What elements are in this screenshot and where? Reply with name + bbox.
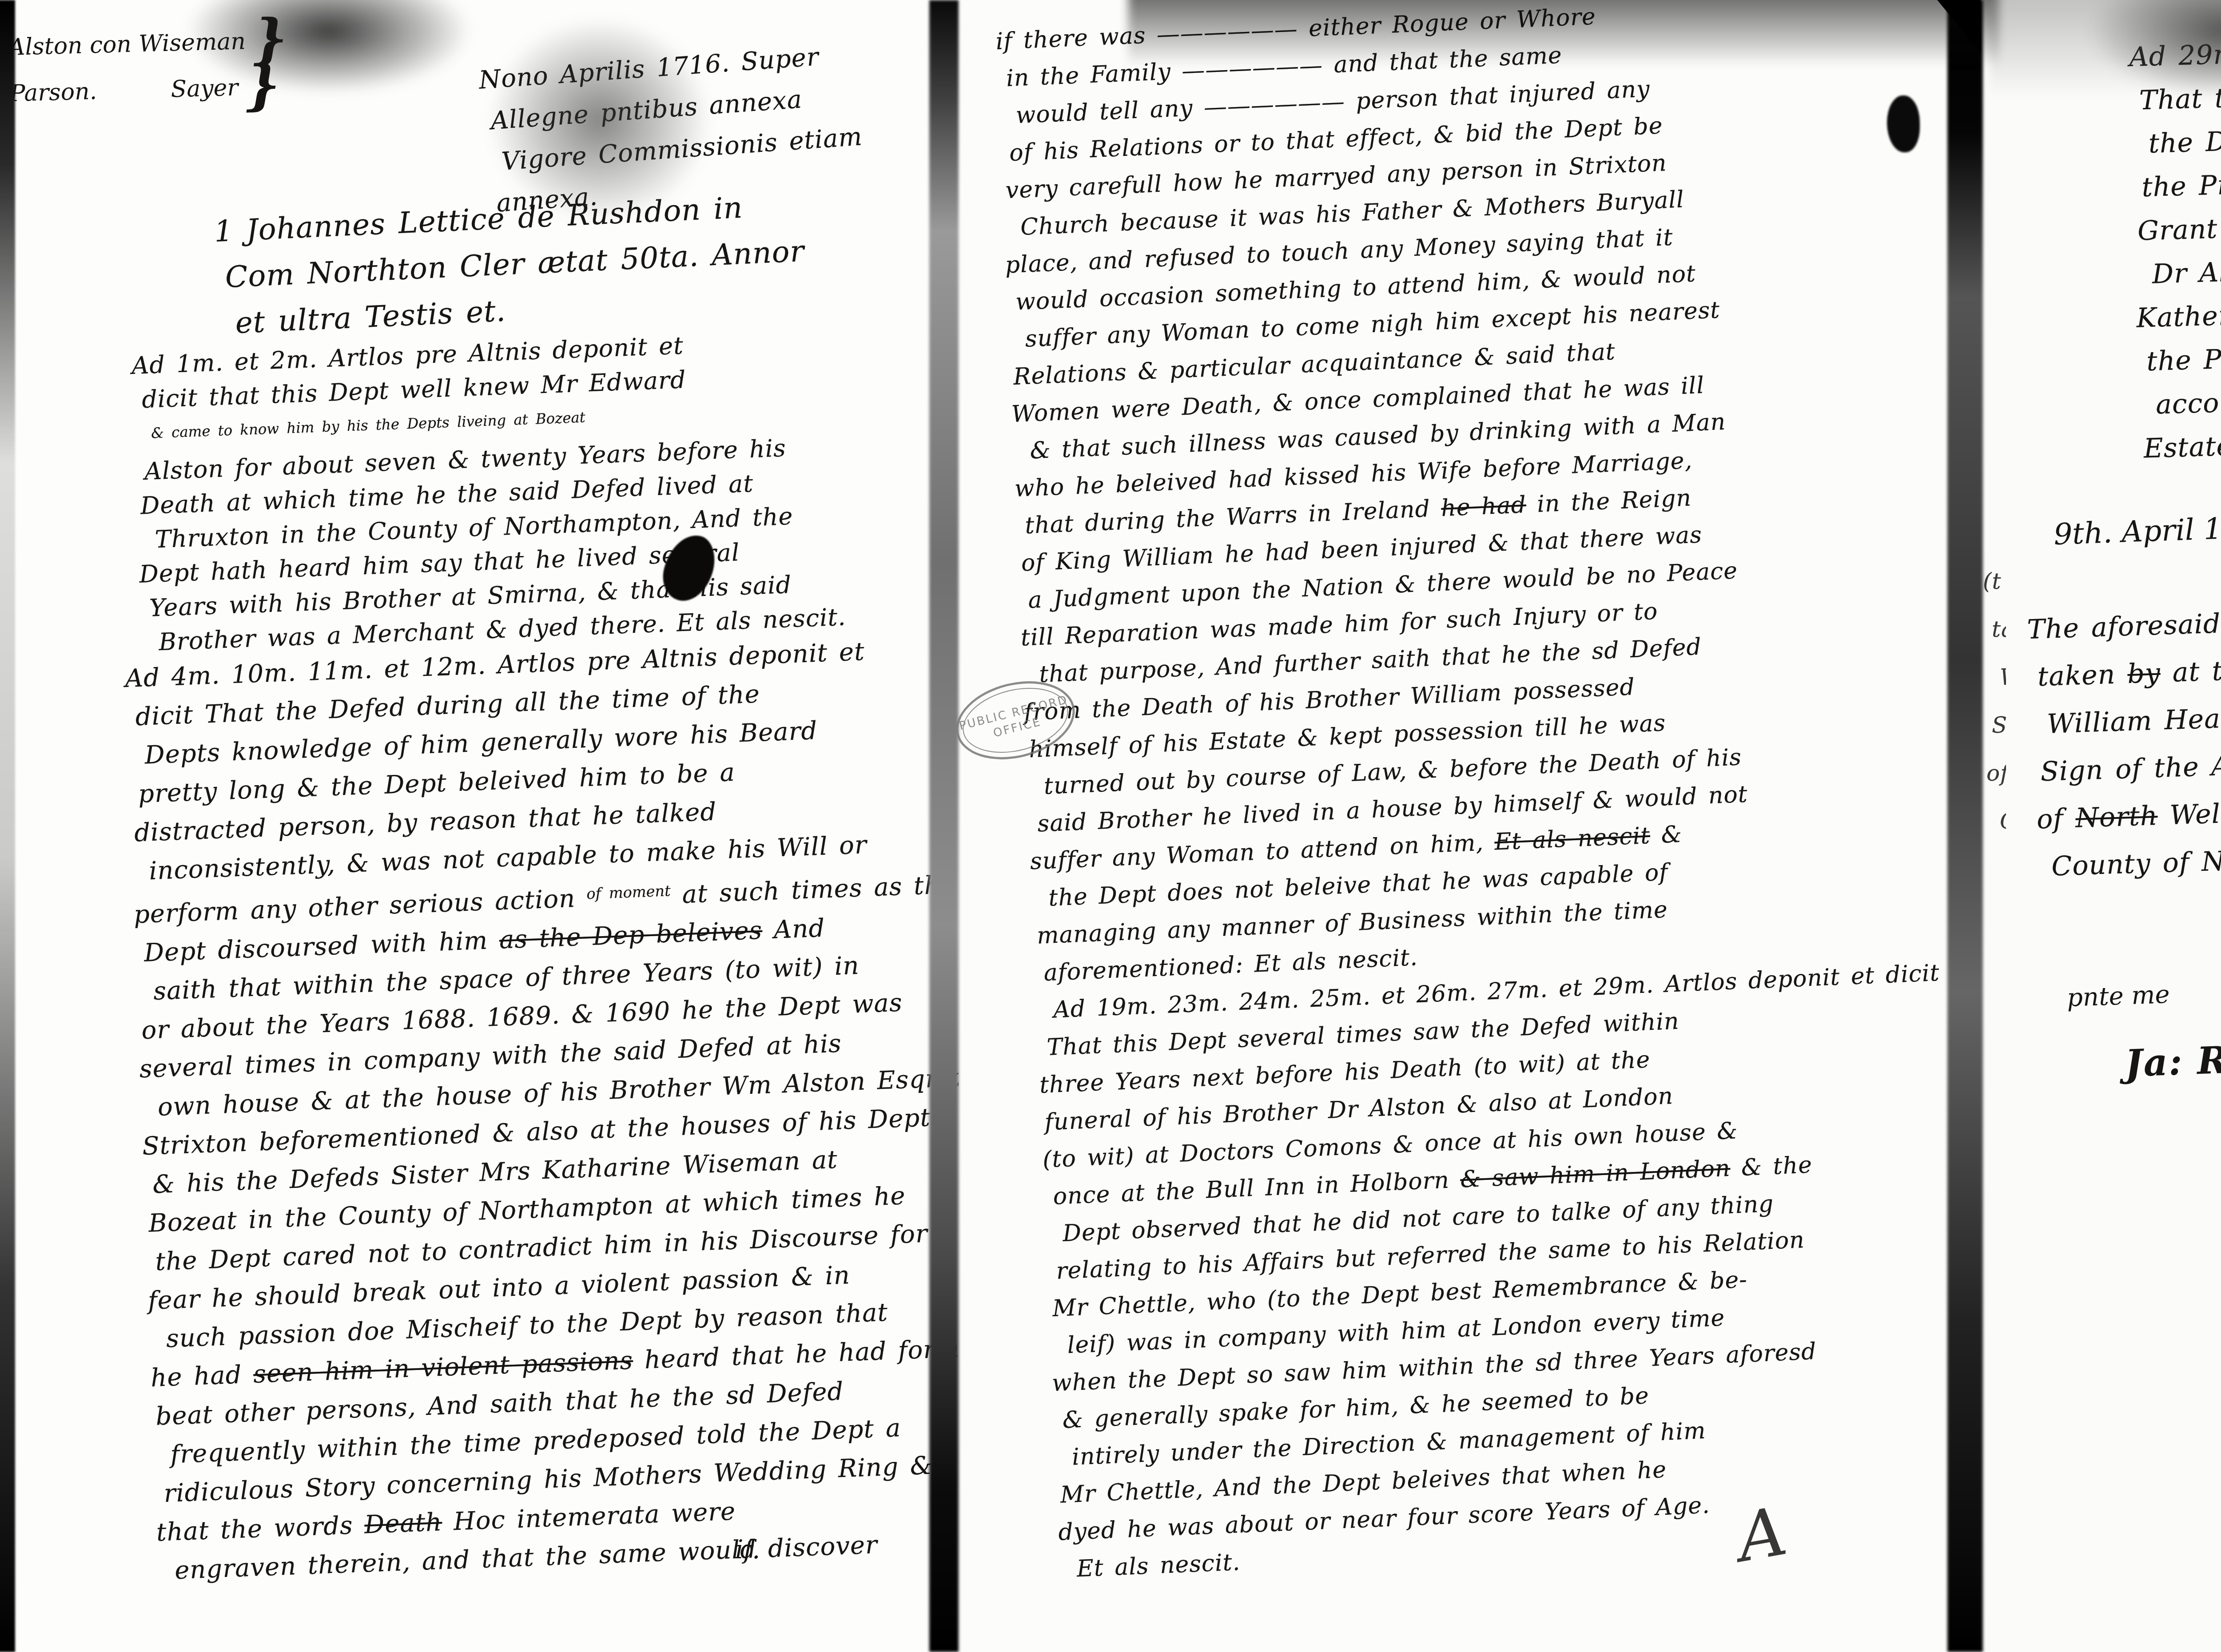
presence-note: pnte me [2066, 980, 2170, 1013]
page-left: Alston con Wiseman } Parson. Sayer } Non… [0, 0, 933, 1652]
page-right: Ad 29m. et 30m. Artlos deponit et dicitT… [1982, 0, 2221, 1652]
attestation-clause: The aforesaid Examination wastaken by at… [2026, 591, 2221, 891]
manuscript-line: W [2000, 653, 2006, 701]
case-parties-row: Parson. Sayer } [9, 70, 289, 110]
page-middle: if there was —————— either Rogue or Whor… [959, 0, 1950, 1652]
deposition-article-29-30: Ad 29m. et 30m. Artlos deponit et dicitT… [2129, 15, 2221, 471]
notary-signature: Ja: Rushworth No.rio Pub.co [2124, 1020, 2221, 1085]
party-label-2: Sayer [171, 74, 239, 103]
manuscript-line: (t [1983, 557, 2006, 605]
catchword: if. [735, 1534, 760, 1565]
brace-glyph: } [245, 53, 281, 117]
deposition-date: 9th. April 1716. [2053, 509, 2221, 552]
deposition-article-1-2: Ad 1m. et 2m. Artlos pre Altnis deponit … [131, 323, 847, 660]
manuscript-line: of [1986, 749, 2006, 797]
deposition-continuation: if there was —————— either Rogue or Whor… [995, 0, 1964, 1588]
manuscript-line: Ad 29m. et 30m. Artlos deponit et dicit [2129, 15, 2221, 79]
manuscript-scan: Alston con Wiseman } Parson. Sayer } Non… [0, 0, 2221, 1652]
manuscript-line: C [2000, 797, 2006, 845]
deponent-heading: 1 Johannes Lettice de Rushdon inCom Nort… [213, 182, 808, 347]
party-label-1: Parson. [9, 78, 97, 107]
case-margin-note: Alston con Wiseman } Parson. Sayer } [8, 24, 289, 110]
manuscript-line: ta [1992, 605, 2006, 653]
deposition-article-4-12: Ad 4m. 10m. 11m. et 12m. Artlos pre Altn… [124, 628, 1018, 1590]
manuscript-line: The aforesaid Examination was [2026, 591, 2221, 654]
case-title: Alston con Wiseman [8, 28, 246, 61]
edge-text-fragments: (ttaWSigofC [1983, 557, 2006, 845]
manuscript-line: Sig [1992, 701, 2006, 749]
